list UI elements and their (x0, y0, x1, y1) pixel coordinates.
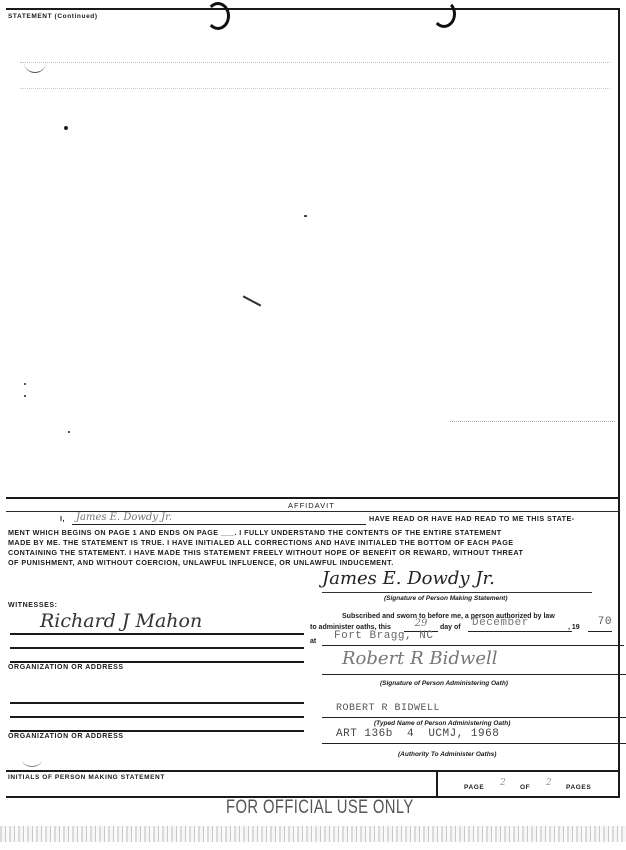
scan-noise-strip (0, 826, 626, 842)
affidavit-line4: CONTAINING THE STATEMENT. I HAVE MADE TH… (8, 548, 523, 559)
typed-name-field[interactable]: ROBERT R BIDWELL (322, 703, 626, 718)
footer-top-rule (6, 770, 620, 772)
pencil-mark-icon (24, 52, 46, 73)
statement-signature-caption: (Signature of Person Making Statement) (384, 595, 508, 602)
pencil-mark-icon (22, 752, 42, 767)
speck (24, 395, 26, 397)
faded-text-trace (20, 62, 610, 63)
page-number-field[interactable]: 2 (500, 778, 506, 788)
speck (24, 383, 26, 385)
affidavit-line3: MADE BY ME. THE STATEMENT IS TRUE. I HAV… (8, 538, 514, 549)
authority-field[interactable]: ART 136b 4 UCMJ, 1968 (322, 728, 626, 744)
of-label: OF (520, 784, 530, 791)
statement-signature[interactable]: James E. Dowdy Jr. (322, 568, 592, 593)
stray-mark (243, 295, 262, 306)
witness1-line (10, 633, 304, 635)
top-border (6, 8, 620, 10)
oath-at-label: at (310, 638, 316, 645)
affidavit-i-prefix: I, (60, 514, 65, 525)
org-address-label-1: ORGANIZATION OR ADDRESS (8, 664, 124, 671)
witness2-line (10, 702, 304, 704)
section-header: STATEMENT (Continued) (8, 13, 98, 20)
org-address-label-2: ORGANIZATION OR ADDRESS (8, 733, 124, 740)
pages-label: PAGES (566, 784, 591, 791)
speck (64, 126, 68, 130)
page-label: PAGE (464, 784, 484, 791)
authority-caption: (Authority To Administer Oaths) (398, 751, 496, 758)
admin-signature-caption: (Signature of Person Administering Oath) (380, 680, 508, 687)
witness1-org-line2 (10, 661, 304, 663)
typed-name-caption: (Typed Name of Person Administering Oath… (374, 720, 510, 727)
affidavit-line1: HAVE READ OR HAVE HAD READ TO ME THIS ST… (369, 514, 575, 525)
speck (68, 431, 70, 433)
punch-hole-icon (206, 2, 230, 30)
affidavit-line2: MENT WHICH BEGINS ON PAGE 1 AND ENDS ON … (8, 528, 502, 539)
oath-location-field[interactable]: Fort Bragg, NC (322, 630, 624, 646)
affidavit-line5: OF PUNISHMENT, AND WITHOUT COERCION, UNL… (8, 558, 394, 569)
witness2-org-line (10, 716, 304, 718)
affidavit-top-rule (6, 497, 620, 499)
declarant-name-field[interactable]: James E. Dowdy Jr. (72, 512, 366, 525)
speck (304, 215, 307, 217)
right-border (618, 8, 620, 798)
total-pages-field[interactable]: 2 (546, 778, 552, 788)
footer-divider (436, 770, 438, 796)
witness1-signature[interactable]: Richard J Mahon (40, 610, 202, 632)
witness1-org-line (10, 647, 304, 649)
initials-label: INITIALS OF PERSON MAKING STATEMENT (8, 774, 165, 781)
faded-line (450, 421, 615, 422)
admin-signature[interactable]: Robert R Bidwell (322, 648, 626, 675)
witness2-org-line2 (10, 730, 304, 732)
witnesses-label: WITNESSES: (8, 602, 58, 609)
official-use-stamp: FOR OFFICIAL USE ONLY (226, 797, 414, 819)
punch-hole-icon (432, 0, 456, 28)
affidavit-title: AFFIDAVIT (288, 501, 335, 510)
faded-text-trace (20, 88, 610, 89)
